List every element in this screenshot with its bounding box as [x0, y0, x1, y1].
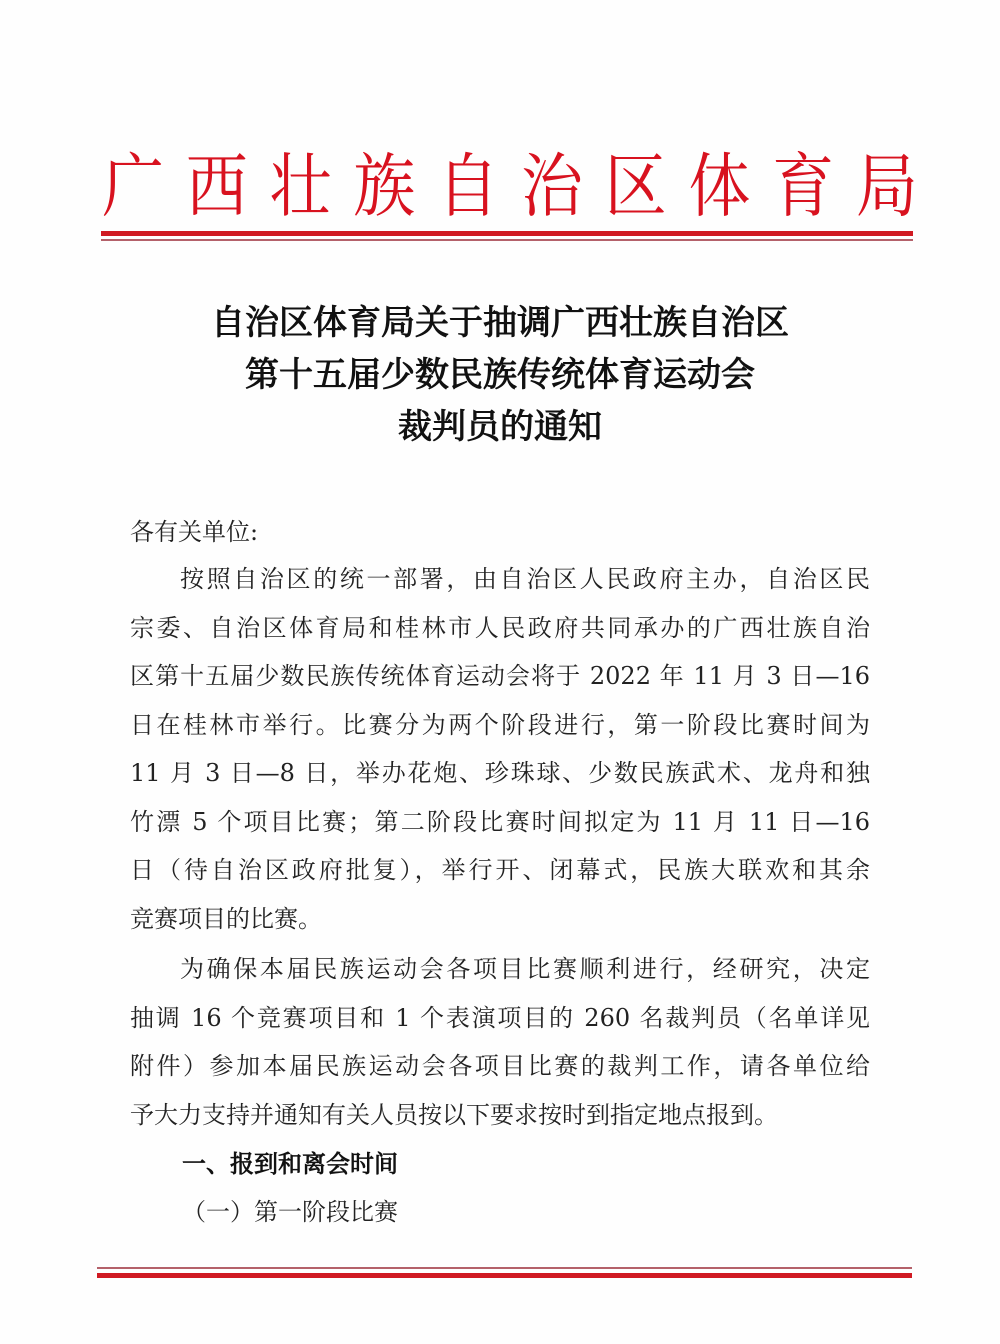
document-page: 广 西 壮 族 自 治 区 体 育 局 自治区体育局关于抽调广西壮族自治区 第十… [0, 0, 1000, 1344]
paragraph-line: 予大力支持并通知有关人员按以下要求按时到指定地点报到。 [130, 1091, 870, 1140]
paragraph-line: 日在桂林市举行。比赛分为两个阶段进行，第一阶段比赛时间为 [130, 701, 870, 750]
paragraph-line: 竹漂 5 个项目比赛；第二阶段比赛时间拟定为 11 月 11 日—16 [130, 798, 870, 847]
masthead-char: 西 [184, 130, 250, 230]
header-rule-thick [101, 231, 913, 236]
masthead-char: 广 [100, 130, 166, 230]
masthead-char: 区 [603, 130, 669, 230]
masthead-char: 治 [519, 130, 585, 230]
paragraph-line: 日（待自治区政府批复），举行开、闭幕式，民族大联欢和其余 [130, 846, 870, 895]
title-line: 裁判员的通知 [0, 401, 1000, 453]
paragraph-line: 11 月 3 日—8 日，举办花炮、珍珠球、少数民族武术、龙舟和独 [130, 749, 870, 798]
paragraph-line: 竞赛项目的比赛。 [130, 895, 870, 944]
header-rule-thin [101, 239, 913, 241]
paragraph-line: 抽调 16 个竞赛项目和 1 个表演项目的 260 名裁判员（名单详见 [130, 994, 870, 1043]
salutation: 各有关单位: [130, 508, 870, 557]
paragraph-line: 宗委、自治区体育局和桂林市人民政府共同承办的广西壮族自治 [130, 604, 870, 653]
paragraph-line: 附件）参加本届民族运动会各项目比赛的裁判工作，请各单位给 [130, 1042, 870, 1091]
masthead-char: 育 [770, 130, 836, 230]
masthead-char: 族 [351, 130, 417, 230]
paragraph-line: 按照自治区的统一部署，由自治区人民政府主办，自治区民 [130, 555, 870, 604]
title-line: 第十五届少数民族传统体育运动会 [0, 349, 1000, 401]
paragraph-line: 为确保本届民族运动会各项目比赛顺利进行，经研究，决定 [130, 945, 870, 994]
masthead-char: 体 [686, 130, 752, 230]
masthead-char: 壮 [268, 130, 334, 230]
section-heading: 一、报到和离会时间 [182, 1140, 398, 1188]
paragraph-line: 区第十五届少数民族传统体育运动会将于 2022 年 11 月 3 日—16 [130, 652, 870, 701]
footer-rule-thin [97, 1267, 912, 1269]
masthead-title: 广 西 壮 族 自 治 区 体 育 局 [100, 135, 920, 225]
masthead-char: 自 [435, 130, 501, 230]
title-line: 自治区体育局关于抽调广西壮族自治区 [0, 297, 1000, 349]
paragraph-1: 按照自治区的统一部署，由自治区人民政府主办，自治区民 宗委、自治区体育局和桂林市… [130, 555, 870, 943]
paragraph-2: 为确保本届民族运动会各项目比赛顺利进行，经研究，决定 抽调 16 个竞赛项目和 … [130, 945, 870, 1139]
masthead-char: 局 [854, 130, 920, 230]
footer-rule-thick [97, 1273, 912, 1278]
document-title: 自治区体育局关于抽调广西壮族自治区 第十五届少数民族传统体育运动会 裁判员的通知 [0, 297, 1000, 453]
subsection-heading: （一）第一阶段比赛 [182, 1188, 398, 1236]
